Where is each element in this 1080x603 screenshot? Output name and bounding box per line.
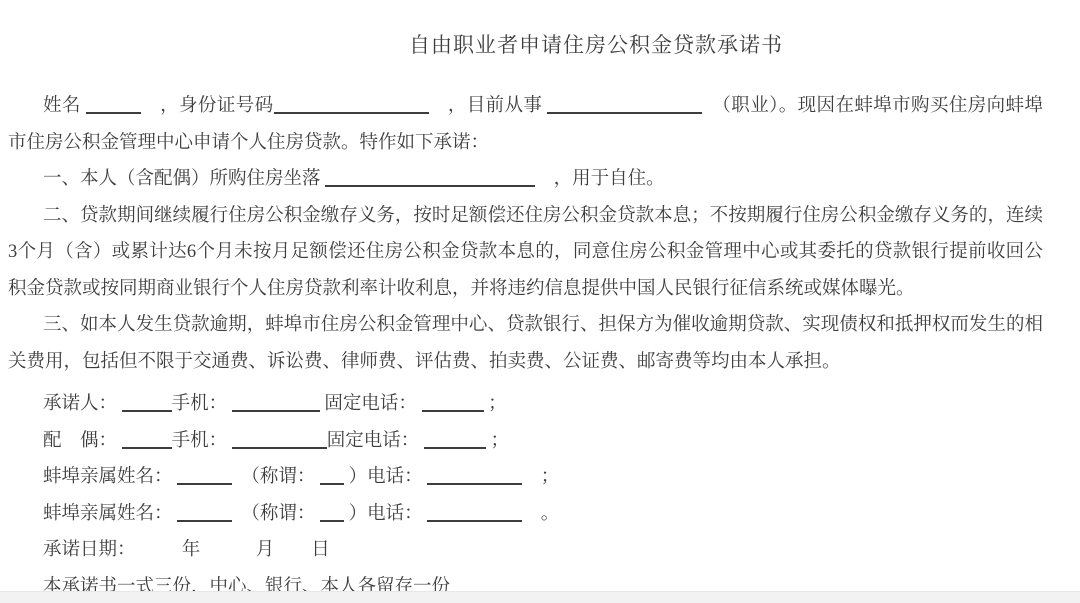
fill-in-blank xyxy=(320,504,344,522)
paragraph-item-3: 三、如本人发生贷款逾期，蚌埠市住房公积金管理中心、贷款银行、担保方为催收逾期贷款… xyxy=(8,307,1043,380)
fill-in-blank xyxy=(422,394,484,412)
text-run: 手机： xyxy=(172,394,232,414)
text-run: ； xyxy=(486,431,509,451)
text-run: ； xyxy=(522,467,559,487)
text-run: 蚌埠亲属姓名： xyxy=(43,504,177,524)
text-run: ，用于自住。 xyxy=(535,169,665,189)
paragraph-item-2: 二、贷款期间继续履行住房公积金缴存义务，按时足额偿还住房公积金贷款本息；不按期履… xyxy=(8,198,1043,308)
text-run: （称谓： xyxy=(232,467,320,487)
text-run: 固定电话： xyxy=(320,394,422,414)
paragraph-sig-spouse: 配 偶： 手机： 固定电话： ； xyxy=(8,423,1043,460)
text-run: 承诺人： xyxy=(43,394,122,414)
text-run: 承诺日期： 年 月 日 xyxy=(43,540,330,560)
text-run: 三、如本人发生贷款逾期，蚌埠市住房公积金管理中心、贷款银行、担保方为催收逾期贷款… xyxy=(8,315,1043,372)
text-run: ）电话： xyxy=(344,504,427,524)
fill-in-blank xyxy=(427,504,522,522)
paragraph-relative-2: 蚌埠亲属姓名： （称谓： ）电话： 。 xyxy=(8,496,1043,533)
fill-in-blank xyxy=(177,467,232,485)
document-title: 自由职业者申请住房公积金贷款承诺书 xyxy=(0,0,1080,64)
fill-in-blank xyxy=(424,431,486,449)
text-run: 固定电话： xyxy=(327,431,424,451)
fill-in-blank xyxy=(274,96,429,114)
text-run: ； xyxy=(484,394,507,414)
paragraph-sig-promisor: 承诺人： 手机： 固定电话： ； xyxy=(8,386,1043,423)
fill-in-blank xyxy=(177,504,232,522)
paragraph-item-1: 一、本人（含配偶）所购住房坐落 ，用于自住。 xyxy=(8,161,1043,198)
text-run: 手机： xyxy=(172,431,232,451)
text-run: 配 偶： xyxy=(43,431,122,451)
fill-in-blank xyxy=(427,467,522,485)
text-run: 一、本人（含配偶）所购住房坐落 xyxy=(43,169,325,189)
fill-in-blank xyxy=(86,96,141,114)
fill-in-blank xyxy=(122,394,172,412)
fill-in-blank xyxy=(232,431,327,449)
fill-in-blank xyxy=(122,431,172,449)
text-run: 二、贷款期间继续履行住房公积金缴存义务，按时足额偿还住房公积金贷款本息；不按期履… xyxy=(8,206,1043,299)
text-run: ，身份证号码 xyxy=(141,96,274,116)
fill-in-blank xyxy=(547,96,702,114)
paragraph-relative-1: 蚌埠亲属姓名： （称谓： ）电话： ； xyxy=(8,459,1043,496)
fill-in-blank xyxy=(320,467,344,485)
fill-in-blank xyxy=(325,169,535,187)
paragraph-intro: 姓名 ，身份证号码 ，目前从事 （职业）。现因在蚌埠市购买住房向蚌埠市住房公积金… xyxy=(8,88,1043,161)
text-run: （称谓： xyxy=(232,504,320,524)
text-run: 。 xyxy=(522,504,559,524)
paragraph-date-line: 承诺日期： 年 月 日 xyxy=(8,532,1043,569)
text-run: 蚌埠亲属姓名： xyxy=(43,467,177,487)
fill-in-blank xyxy=(232,394,320,412)
bottom-strip xyxy=(0,591,1080,603)
text-run: ，目前从事 xyxy=(429,96,548,116)
document-page: 自由职业者申请住房公积金贷款承诺书 姓名 ，身份证号码 ，目前从事 （职业）。现… xyxy=(0,0,1080,603)
document-body: 姓名 ，身份证号码 ，目前从事 （职业）。现因在蚌埠市购买住房向蚌埠市住房公积金… xyxy=(0,88,1080,603)
text-run: ）电话： xyxy=(344,467,427,487)
text-run: 姓名 xyxy=(43,96,86,116)
